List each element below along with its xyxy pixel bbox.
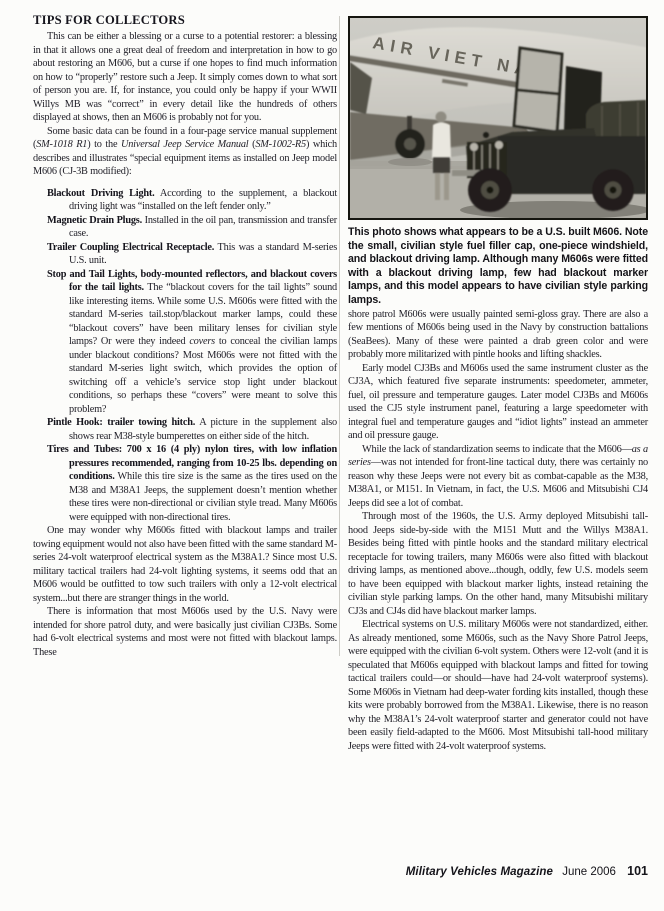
photo-m606-jeep-aircraft: AIR VIET NAM: [348, 16, 648, 220]
jeep-wheel-rear-center: [610, 187, 617, 194]
italic-segment: SM-1002-R5: [255, 139, 306, 150]
jeep-wheel-front-center: [487, 187, 494, 194]
paragraph: Through most of the 1960s, the U.S. Army…: [348, 510, 648, 618]
page-number: 101: [627, 864, 648, 878]
photo-illustration: AIR VIET NAM: [350, 18, 646, 218]
magazine-page: TIPS FOR COLLECTORS This can be either a…: [0, 0, 664, 911]
magazine-title: Military Vehicles Magazine: [406, 866, 553, 878]
person-head: [436, 112, 447, 123]
list-term: Magnetic Drain Plugs.: [47, 215, 142, 226]
column-rule: [339, 16, 340, 656]
list-text: to conceal the civilian lamps under blac…: [69, 336, 337, 415]
paragraph: shore patrol M606s were usually painted …: [348, 308, 648, 362]
wheel-shadow: [388, 158, 432, 166]
list-term: Blackout Driving Light.: [47, 188, 155, 199]
person-leg: [435, 173, 440, 200]
aircraft-wheel-hub: [404, 138, 416, 150]
person-shirt: [432, 123, 451, 159]
paragraph: One may wonder why M606s fitted with bla…: [33, 524, 337, 605]
right-column: AIR VIET NAM: [348, 16, 648, 753]
italic-segment: covers: [189, 336, 215, 347]
jeep-headlight: [495, 141, 503, 149]
person-leg: [444, 173, 449, 200]
list-item: Stop and Tail Lights, body-mounted refle…: [33, 268, 337, 417]
italic-segment: SM-1018 R1: [36, 139, 87, 150]
list-item: Pintle Hook: trailer towing hitch. A pic…: [33, 416, 337, 443]
left-column: TIPS FOR COLLECTORS This can be either a…: [33, 12, 337, 659]
person-shorts: [433, 157, 450, 173]
paragraph: Early model CJ3Bs and M606s used the sam…: [348, 362, 648, 443]
blackout-driving-lamp: [483, 132, 489, 138]
issue-date: June 2006: [562, 866, 616, 878]
italic-segment: Universal Jeep Service Manual: [121, 139, 249, 150]
text-segment: ) to the: [87, 139, 121, 150]
text-segment: —was not intended for front-line tactica…: [348, 457, 648, 509]
paragraph: This can be either a blessing or a curse…: [33, 30, 337, 125]
list-item: Blackout Driving Light. According to the…: [33, 187, 337, 214]
text-segment: While the lack of standardization seems …: [362, 444, 632, 455]
paragraph: Electrical systems on U.S. military M606…: [348, 618, 648, 753]
paragraph: While the lack of standardization seems …: [348, 443, 648, 511]
equipment-list: Blackout Driving Light. According to the…: [33, 187, 337, 525]
list-term: Trailer Coupling Electrical Receptacle.: [47, 242, 214, 253]
list-item: Tires and Tubes: 700 x 16 (4 ply) nylon …: [33, 443, 337, 524]
list-item: Trailer Coupling Electrical Receptacle. …: [33, 241, 337, 268]
page-footer: Military Vehicles Magazine June 2006 101: [406, 864, 648, 879]
paragraph: There is information that most M606s use…: [33, 605, 337, 659]
jeep-headlight: [470, 143, 478, 151]
photo-caption: This photo shows what appears to be a U.…: [348, 226, 648, 308]
section-heading: TIPS FOR COLLECTORS: [33, 12, 337, 28]
list-term: Pintle Hook: trailer towing hitch.: [47, 417, 195, 428]
paragraph: Some basic data can be found in a four-p…: [33, 125, 337, 179]
list-item: Magnetic Drain Plugs. Installed in the o…: [33, 214, 337, 241]
